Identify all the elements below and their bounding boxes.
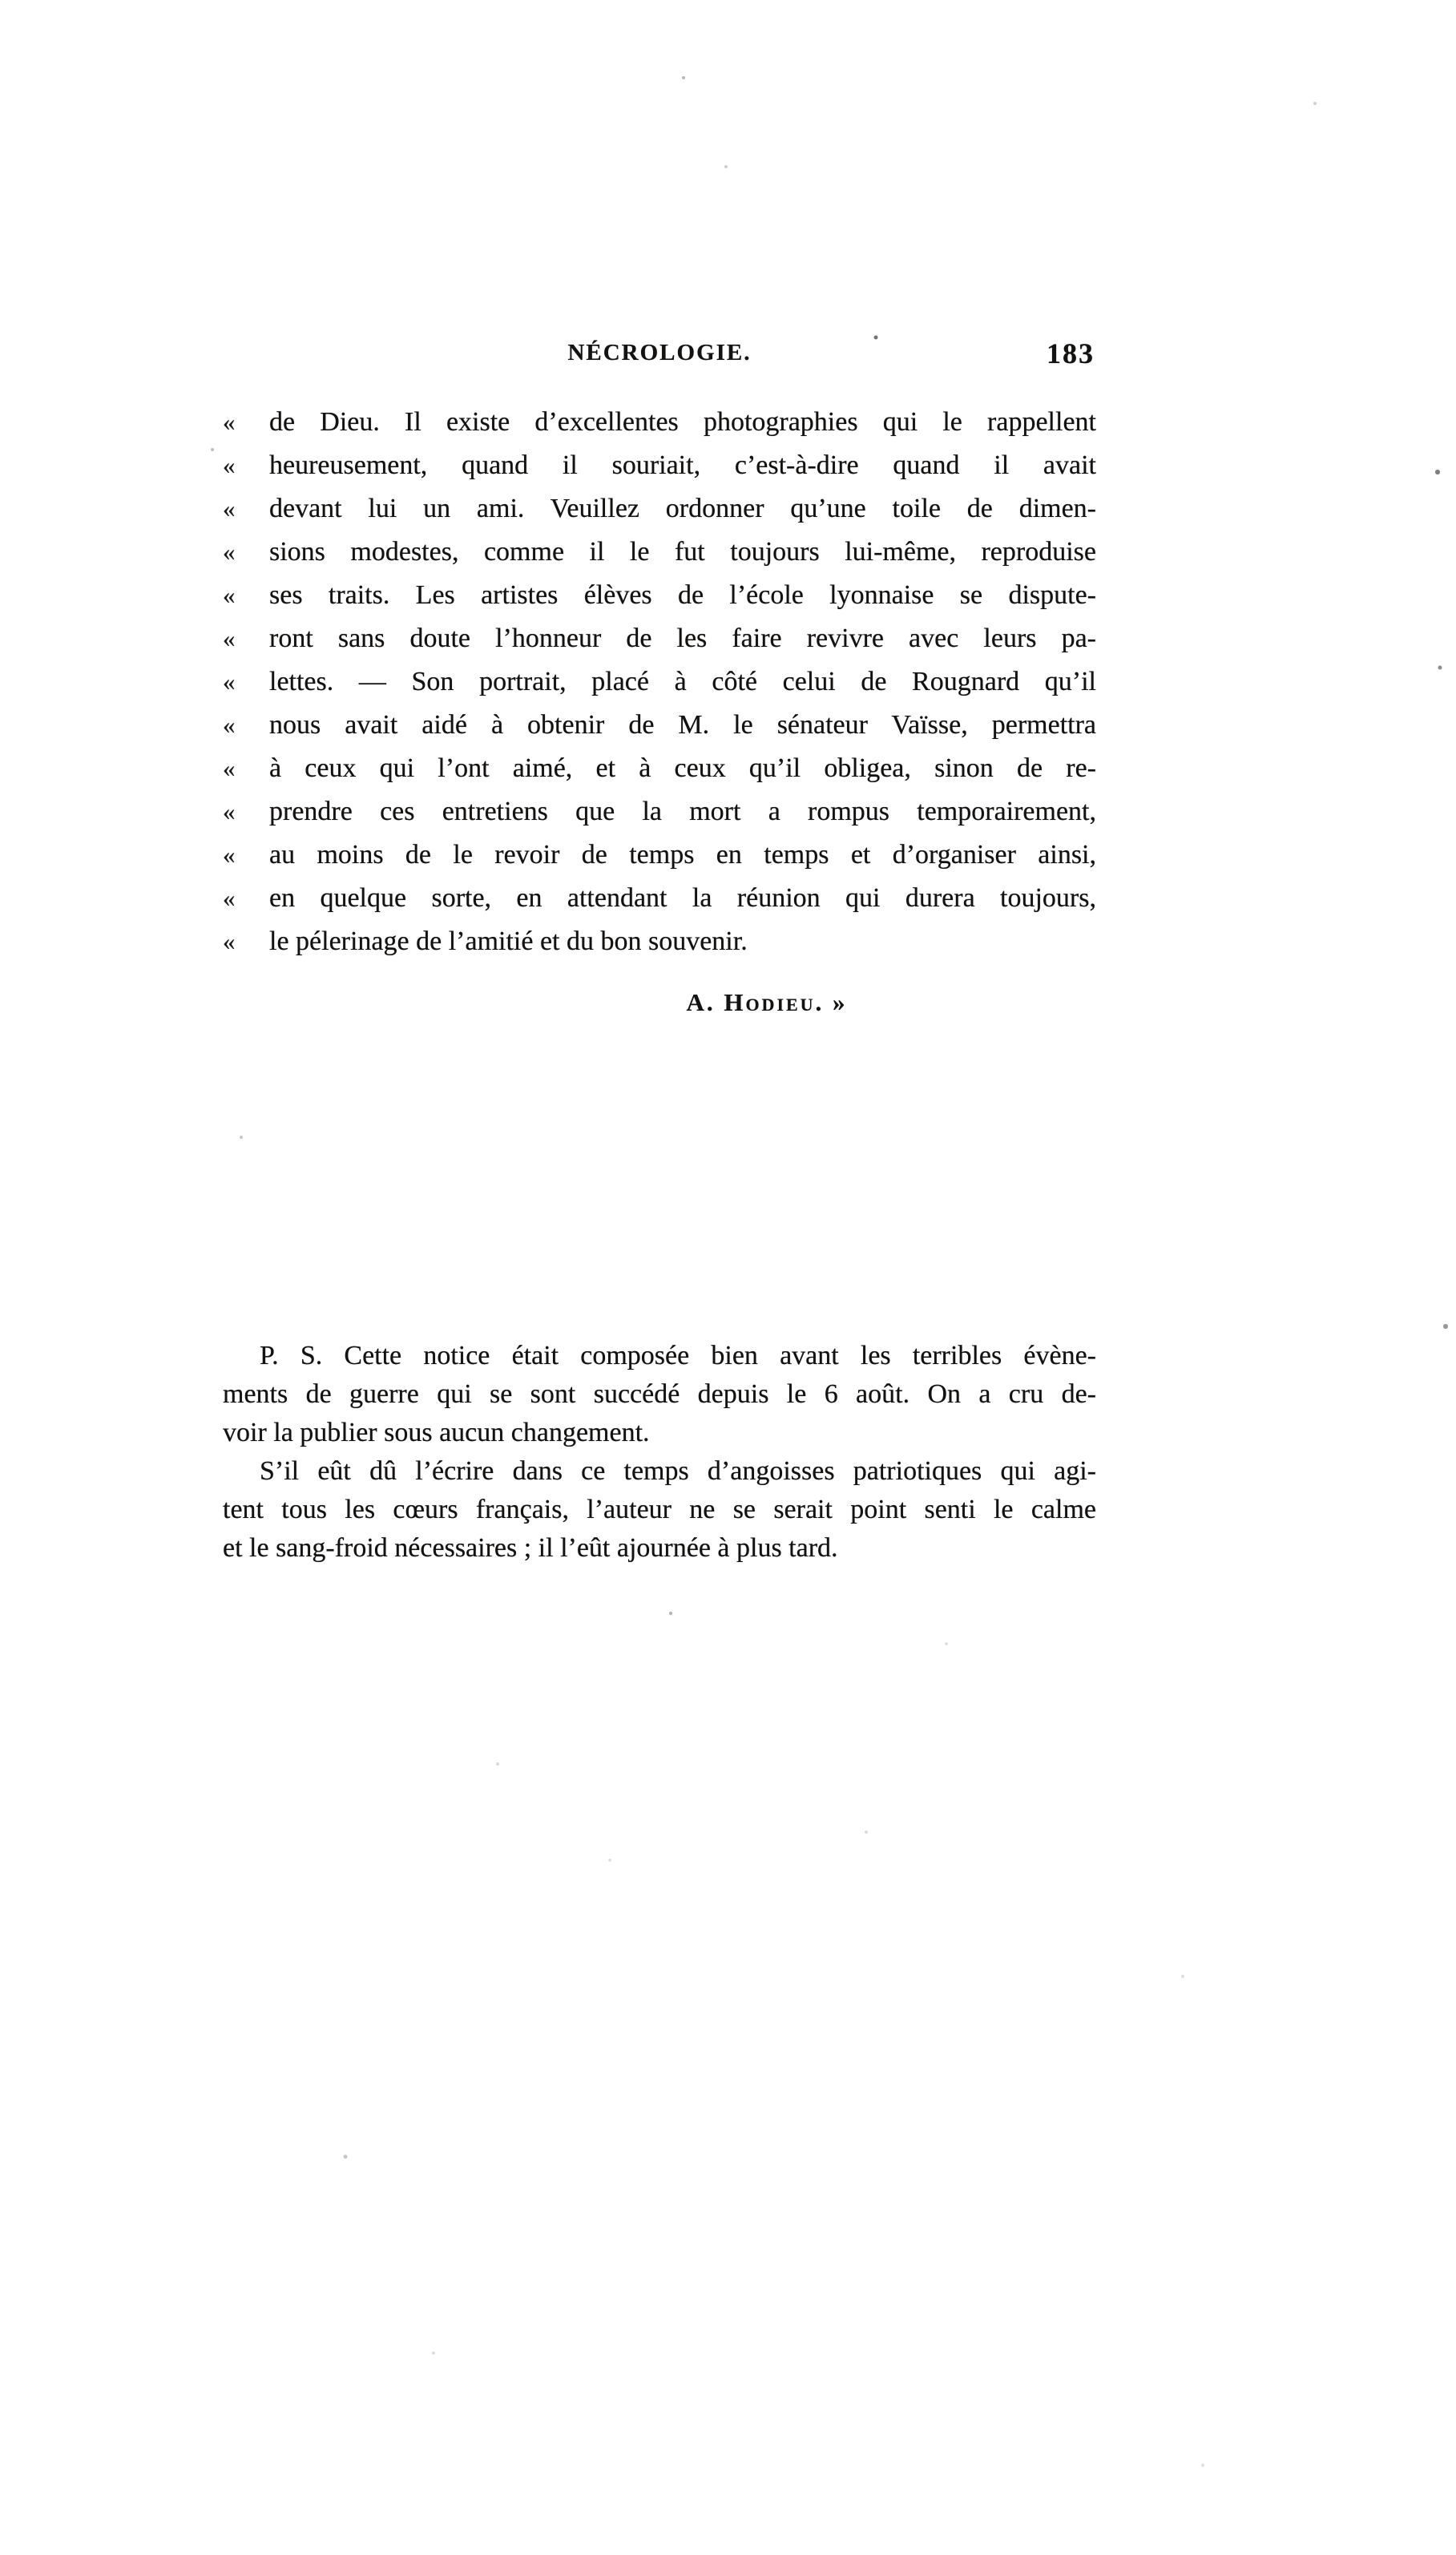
quote-line: «à ceux qui l’ont aimé, et à ceux qu’il … xyxy=(223,747,1096,790)
guillemet-mark: « xyxy=(223,877,269,920)
guillemet-mark: « xyxy=(223,790,269,834)
quote-line-text: sions modestes, comme il le fut toujours… xyxy=(269,531,1096,574)
signature: A. Hodieu. » xyxy=(686,988,847,1016)
guillemet-mark: « xyxy=(223,660,269,704)
quote-line-text: le pélerinage de l’amitié et du bon souv… xyxy=(269,920,1096,963)
quote-line: «devant lui un ami. Veuillez ordonner qu… xyxy=(223,487,1096,531)
signature-row: A. Hodieu. » xyxy=(223,984,1096,1021)
quote-line-text: prendre ces entretiens que la mort a rom… xyxy=(269,790,1096,834)
scanned-book-page: NÉCROLOGIE. 183 «de Dieu. Il existe d’ex… xyxy=(0,0,1456,2555)
quote-line: «lettes. — Son portrait, placé à côté ce… xyxy=(223,660,1096,704)
guillemet-mark: « xyxy=(223,834,269,877)
page-header: NÉCROLOGIE. 183 xyxy=(223,340,1096,375)
quote-line: «ront sans doute l’honneur de les faire … xyxy=(223,617,1096,660)
quote-line-text: de Dieu. Il existe d’excellentes photogr… xyxy=(269,401,1096,444)
quote-line: «prendre ces entretiens que la mort a ro… xyxy=(223,790,1096,834)
quote-line: «sions modestes, comme il le fut toujour… xyxy=(223,531,1096,574)
guillemet-mark: « xyxy=(223,747,269,790)
quote-line-text: ses traits. Les artistes élèves de l’éco… xyxy=(269,574,1096,617)
quote-line-text: devant lui un ami. Veuillez ordonner qu’… xyxy=(269,487,1096,531)
quote-line: «au moins de le revoir de temps en temps… xyxy=(223,834,1096,877)
quote-line-text: au moins de le revoir de temps en temps … xyxy=(269,834,1096,877)
guillemet-mark: « xyxy=(223,401,269,444)
quote-line-text: nous avait aidé à obtenir de M. le sénat… xyxy=(269,704,1096,747)
postscript-line: S’il eût dû l’écrire dans ce temps d’ang… xyxy=(223,1452,1096,1491)
quote-line: «de Dieu. Il existe d’excellentes photog… xyxy=(223,401,1096,444)
postscript-line: ments de guerre qui se sont succédé depu… xyxy=(223,1375,1096,1414)
guillemet-mark: « xyxy=(223,487,269,531)
quote-line: «ses traits. Les artistes élèves de l’éc… xyxy=(223,574,1096,617)
postscript-block: P. S. Cette notice était composée bien a… xyxy=(223,1337,1096,1568)
guillemet-mark: « xyxy=(223,617,269,660)
page-number: 183 xyxy=(1047,337,1095,370)
quote-line: «nous avait aidé à obtenir de M. le séna… xyxy=(223,704,1096,747)
quote-line-text: ront sans doute l’honneur de les faire r… xyxy=(269,617,1096,660)
guillemet-mark: « xyxy=(223,444,269,487)
quote-line: «en quelque sorte, en attendant la réuni… xyxy=(223,877,1096,920)
quote-line: «le pélerinage de l’amitié et du bon sou… xyxy=(223,920,1096,963)
quote-line-text: lettes. — Son portrait, placé à côté cel… xyxy=(269,660,1096,704)
guillemet-mark: « xyxy=(223,574,269,617)
postscript-line: et le sang-froid nécessaires ; il l’eût … xyxy=(223,1529,1096,1568)
postscript-line: P. S. Cette notice était composée bien a… xyxy=(223,1337,1096,1375)
postscript-line: voir la publier sous aucun changement. xyxy=(223,1414,1096,1452)
quote-block: «de Dieu. Il existe d’excellentes photog… xyxy=(223,401,1096,963)
quote-line-text: à ceux qui l’ont aimé, et à ceux qu’il o… xyxy=(269,747,1096,790)
scan-noise-specks xyxy=(0,0,2,2)
running-title: NÉCROLOGIE. xyxy=(567,340,751,365)
quote-line-text: en quelque sorte, en attendant la réunio… xyxy=(269,877,1096,920)
guillemet-mark: « xyxy=(223,704,269,747)
postscript-line: tent tous les cœurs français, l’auteur n… xyxy=(223,1491,1096,1529)
guillemet-mark: « xyxy=(223,531,269,574)
quote-line: «heureusement, quand il souriait, c’est-… xyxy=(223,444,1096,487)
guillemet-mark: « xyxy=(223,920,269,963)
quote-line-text: heureusement, quand il souriait, c’est-à… xyxy=(269,444,1096,487)
